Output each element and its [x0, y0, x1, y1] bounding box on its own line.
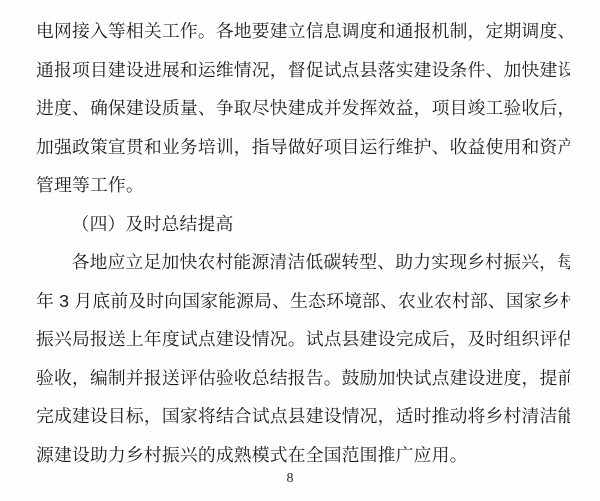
text-line: 各地应立足加快农村能源清洁低碳转型、助力实现乡村振兴，每: [36, 243, 570, 282]
text-line: 源建设助力乡村振兴的成熟模式在全国范围推广应用。: [36, 436, 570, 475]
document-body: 电网接入等相关工作。各地要建立信息调度和通报机制，定期调度、通报项目建设进展和运…: [36, 12, 570, 474]
text-line: 年 3 月底前及时向国家能源局、生态环境部、农业农村部、国家乡村: [36, 282, 570, 321]
section-heading: （四）及时总结提高: [36, 205, 570, 244]
text-line: 加强政策宣贯和业务培训，指导做好项目运行维护、收益使用和资产: [36, 128, 570, 167]
text-line: 进度、确保建设质量、争取尽快建成并发挥效益，项目竣工验收后，: [36, 89, 570, 128]
text-line: 管理等工作。: [36, 166, 570, 205]
text-line: 电网接入等相关工作。各地要建立信息调度和通报机制，定期调度、: [36, 12, 570, 51]
text-line: 通报项目建设进展和运维情况，督促试点县落实建设条件、加快建设: [36, 51, 570, 90]
page-number: 8: [0, 471, 580, 487]
text-line: 验收，编制并报送评估验收总结报告。鼓励加快试点建设进度，提前: [36, 359, 570, 398]
text-line: 振兴局报送上年度试点建设情况。试点县建设完成后，及时组织评估: [36, 320, 570, 359]
document-page: 电网接入等相关工作。各地要建立信息调度和通报机制，定期调度、通报项目建设进展和运…: [0, 0, 600, 501]
text-line: 完成建设目标，国家将结合试点县建设情况，适时推动将乡村清洁能: [36, 397, 570, 436]
